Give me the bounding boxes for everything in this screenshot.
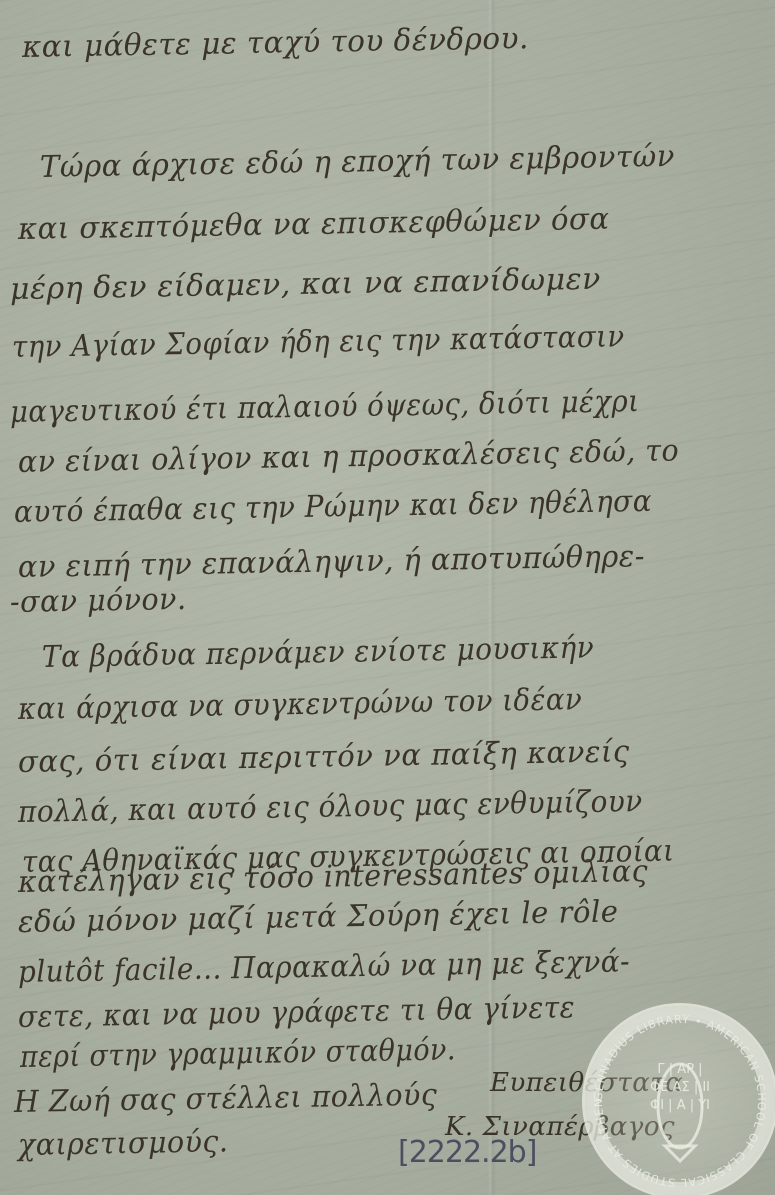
letter-line: -σαν μόνον. <box>10 582 187 620</box>
library-seal-stamp: GENNADIUS LIBRARY • AMERICAN SCHOOL OF C… <box>582 1003 775 1195</box>
seal-center-letters: Γ | ΑΡ | ΦΕ ΑΣ | ΙΙ ΦΙ | Α | ΥΙ <box>647 1061 713 1156</box>
letter-line: Η Ζωή σας στέλλει πολλούς <box>14 1078 438 1120</box>
catalog-number: [2222.2b] <box>398 1135 536 1170</box>
letter-line: χαιρετισμούς. <box>18 1124 229 1163</box>
